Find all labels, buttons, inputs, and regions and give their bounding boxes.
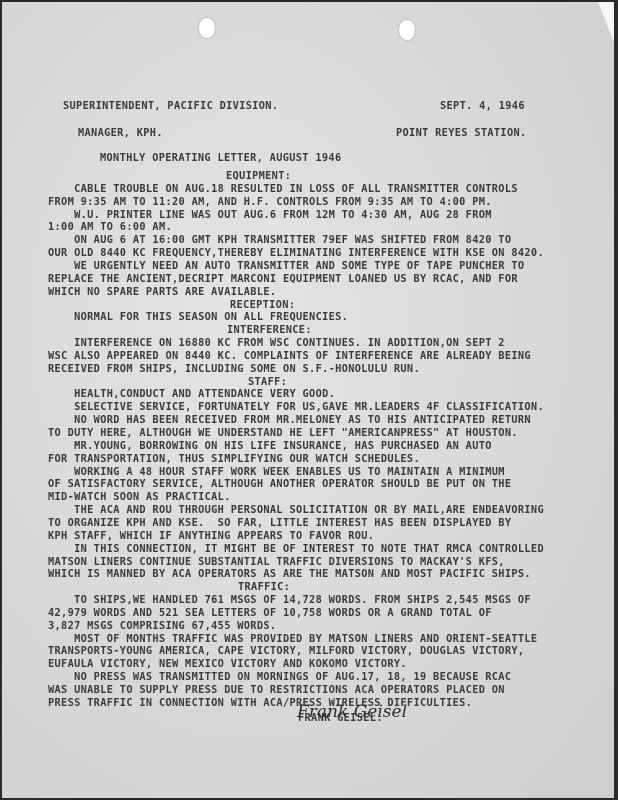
body-line: TO SHIPS,WE HANDLED 761 MSGS OF 14,728 W…: [48, 594, 531, 606]
body-line: TO ORGANIZE KPH AND KSE. SO FAR, LITTLE …: [48, 517, 511, 529]
section-heading: EQUIPMENT:: [226, 170, 291, 182]
body-line: TRANSPORTS-YOUNG AMERICA, CAPE VICTORY, …: [48, 645, 524, 657]
body-line: MR.YOUNG, BORROWING ON HIS LIFE INSURANC…: [48, 440, 492, 452]
punch-hole-right: [399, 20, 415, 40]
body-line: IN THIS CONNECTION, IT MIGHT BE OF INTER…: [48, 543, 544, 555]
body-line: W.U. PRINTER LINE WAS OUT AUG.6 FROM 12M…: [48, 209, 492, 221]
section-heading: STAFF:: [248, 376, 287, 388]
sender: MANAGER, KPH.: [78, 127, 163, 139]
body-line: 1:00 AM TO 6:00 AM.: [48, 221, 172, 233]
body-line: EUFAULA VICTORY, NEW MEXICO VICTORY AND …: [48, 658, 407, 670]
body-line: TO DUTY HERE, ALTHOUGH WE UNDERSTAND HE …: [48, 427, 518, 439]
body-line: HEALTH,CONDUCT AND ATTENDANCE VERY GOOD.: [48, 388, 335, 400]
body-line: INTERFERENCE ON 16880 KC FROM WSC CONTIN…: [48, 337, 505, 349]
body-line: CABLE TROUBLE ON AUG.18 RESULTED IN LOSS…: [48, 183, 518, 195]
sender-location: POINT REYES STATION.: [396, 127, 527, 139]
body-line: ON AUG 6 AT 16:00 GMT KPH TRANSMITTER 79…: [48, 234, 511, 246]
section-heading: RECEPTION:: [230, 299, 295, 311]
letter-title: MONTHLY OPERATING LETTER, AUGUST 1946: [100, 152, 341, 164]
body-line: WE URGENTLY NEED AN AUTO TRANSMITTER AND…: [48, 260, 524, 272]
body-line: THE ACA AND ROU THROUGH PERSONAL SOLICIT…: [48, 504, 544, 516]
body-line: OUR OLD 8440 KC FREQUENCY,THEREBY ELIMIN…: [48, 247, 544, 259]
section-heading: TRAFFIC:: [238, 581, 290, 593]
body-line: 42,979 WORDS AND 521 SEA LETTERS OF 10,7…: [48, 607, 492, 619]
body-line: PRESS TRAFFIC IN CONNECTION WITH ACA/PRE…: [48, 697, 472, 709]
body-line: NO PRESS WAS TRANSMITTED ON MORNINGS OF …: [48, 671, 511, 683]
body-line: FOR TRANSPORTATION, THUS SIMPLIFYING OUR…: [48, 453, 420, 465]
body-line: WHICH NO SPARE PARTS ARE AVAILABLE.: [48, 286, 276, 298]
handwritten-signature: Frank Geisel: [297, 702, 407, 722]
body-line: WHICH IS MANNED BY ACA OPERATORS AS ARE …: [48, 568, 531, 580]
body-line: WAS UNABLE TO SUPPLY PRESS DUE TO RESTRI…: [48, 684, 505, 696]
folded-corner: [598, 2, 614, 42]
scanned-letter-page: SUPERINTENDENT, PACIFIC DIVISION. SEPT. …: [2, 2, 614, 798]
body-line: MOST OF MONTHS TRAFFIC WAS PROVIDED BY M…: [48, 633, 537, 645]
body-line: KPH STAFF, WHICH IF ANYTHING APPEARS TO …: [48, 530, 374, 542]
body-line: RECEIVED FROM SHIPS, INCLUDING SOME ON S…: [48, 363, 420, 375]
section-heading: INTERFERENCE:: [227, 324, 312, 336]
punch-hole-left: [199, 18, 215, 38]
recipient: SUPERINTENDENT, PACIFIC DIVISION.: [63, 100, 278, 112]
body-line: NORMAL FOR THIS SEASON ON ALL FREQUENCIE…: [48, 311, 348, 323]
body-line: 3,827 MSGS COMPRISING 67,455 WORDS.: [48, 620, 276, 632]
body-line: WORKING A 48 HOUR STAFF WORK WEEK ENABLE…: [48, 466, 505, 478]
body-line: REPLACE THE ANCIENT,DECRIPT MARCONI EQUI…: [48, 273, 518, 285]
body-line: NO WORD HAS BEEN RECEIVED FROM MR.MELONE…: [48, 414, 531, 426]
body-line: MID-WATCH SOON AS PRACTICAL.: [48, 491, 231, 503]
body-line: OF SATISFACTORY SERVICE, ALTHOUGH ANOTHE…: [48, 478, 511, 490]
body-line: SELECTIVE SERVICE, FORTUNATELY FOR US,GA…: [48, 401, 544, 413]
body-line: MATSON LINERS CONTINUE SUBSTANTIAL TRAFF…: [48, 556, 505, 568]
body-line: FROM 9:35 AM TO 11:20 AM, AND H.F. CONTR…: [48, 196, 492, 208]
letter-date: SEPT. 4, 1946: [440, 100, 525, 112]
body-line: WSC ALSO APPEARED ON 8440 KC. COMPLAINTS…: [48, 350, 531, 362]
